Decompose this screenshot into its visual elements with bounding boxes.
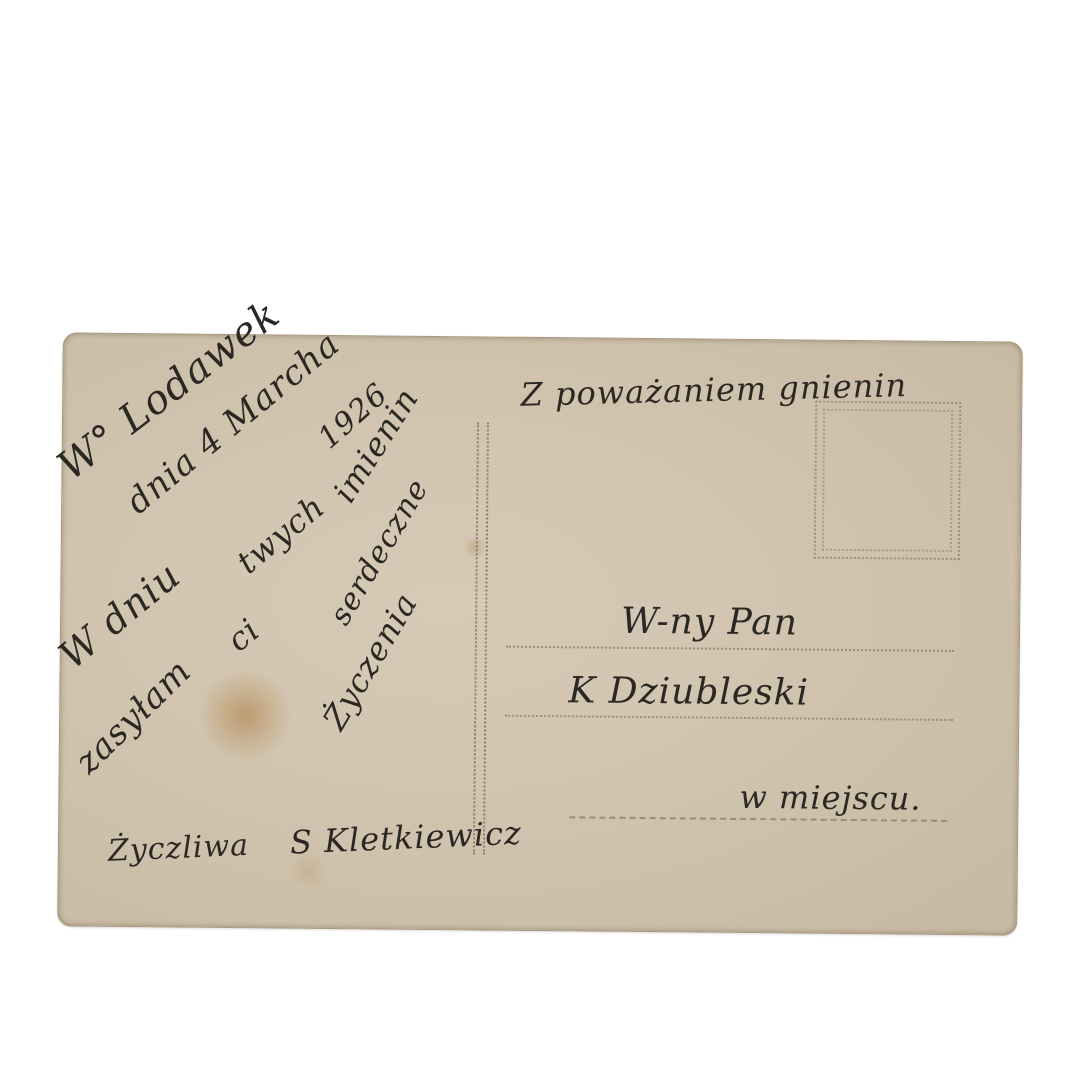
foxing-stain <box>200 670 291 761</box>
address-line-2 <box>505 715 953 721</box>
recipient-location: w miejscu. <box>739 778 921 818</box>
stamp-box <box>814 401 962 560</box>
address-line-1 <box>506 646 954 652</box>
recipient-title: W-ny Pan <box>621 601 798 644</box>
message-line-1b: twych <box>229 487 332 581</box>
recipient-name: K Dziubleski <box>568 670 809 713</box>
divider-line-left <box>473 422 479 854</box>
postcard: W° Lodawek dnia 4 Marcha 1926 W dniu twy… <box>57 332 1023 935</box>
message-line-2a: zasyłam <box>68 651 200 781</box>
signature: S Kletkiewicz <box>289 814 522 862</box>
divider-line-right <box>483 422 489 854</box>
signature-prefix: Życzliwa <box>107 828 250 869</box>
message-line-2b: ci <box>220 611 267 660</box>
